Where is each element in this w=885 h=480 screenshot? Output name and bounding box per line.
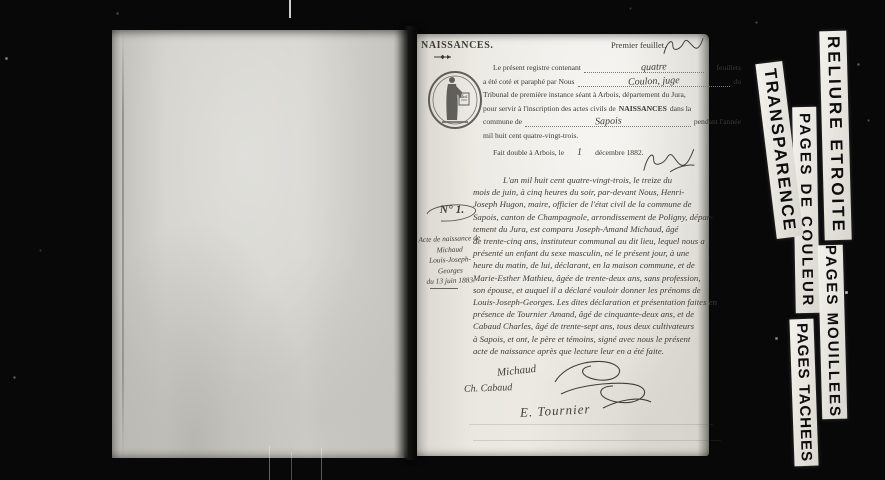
film-scratch <box>321 448 322 480</box>
act-line: présence de Tournier Amand, âgé de cinqu… <box>473 308 749 320</box>
act-line: à Sapois, et ont, le père et témoins, si… <box>473 333 749 345</box>
film-label-reliure-etroite: RELIURE ETROITE <box>819 31 851 241</box>
signature-michaud: Michaud <box>496 363 536 379</box>
film-label-pages-mouillees: PAGES MOUILLEES <box>818 245 848 420</box>
register-right-page: NAISSANCES. Premier feuillet. <box>417 34 709 456</box>
handwritten-fill: Sapois <box>525 115 691 127</box>
closing-date-line: Fait double à Arbois, le 1 décembre 1882… <box>483 146 741 160</box>
act-line: Sapois, canton de Champagnole, arrondiss… <box>473 211 749 223</box>
ruled-line <box>473 440 721 441</box>
folio-note: Premier feuillet. <box>611 40 666 50</box>
preamble-line: a été coté et paraphé par Nous Coulon, j… <box>483 75 741 89</box>
act-line: L'an mil huit cent quatre-vingt-trois, l… <box>473 174 749 186</box>
act-line: Joseph Hugon, maire, officier de l'état … <box>473 198 749 210</box>
judge-paraph-flourish <box>659 32 708 60</box>
act-line: heure du matin, de lui, déclarant, en la… <box>473 259 749 271</box>
ruled-line <box>469 424 713 425</box>
film-label-pages-tachees: PAGES TACHEES <box>789 319 818 467</box>
film-scratch <box>269 446 270 480</box>
act-line: son épouse, et auquel il a déclaré voulo… <box>473 284 749 296</box>
preamble-line: Tribunal de première instance séant à Ar… <box>483 88 741 102</box>
act-line: Louis-Joseph-Georges. Les dites déclarat… <box>473 296 749 308</box>
margin-rule <box>430 288 458 289</box>
page-title: NAISSANCES. <box>421 40 493 51</box>
arrow-ornament-icon <box>433 54 455 60</box>
act-line: Cabaud Charles, âgé de trente-sept ans, … <box>473 320 749 332</box>
film-scratch <box>291 452 292 480</box>
preamble-line: pour servir à l'inscription des actes ci… <box>483 102 741 116</box>
signature-cabaud: Ch. Cabaud <box>464 382 513 395</box>
act-line: de trente-cinq ans, instituteur communal… <box>473 235 749 247</box>
preamble-line: mil huit cent quatre-vingt-trois. <box>483 129 741 143</box>
film-dust-specks <box>0 0 1 1</box>
act-line: présenté un enfant du sexe masculin, né … <box>473 247 749 259</box>
act-body-text: L'an mil huit cent quatre-vingt-trois, l… <box>473 174 749 357</box>
handwritten-fill: quatre <box>584 61 704 73</box>
register-preamble: Le présent registre contenant quatre feu… <box>483 61 741 160</box>
preamble-line: Le présent registre contenant quatre feu… <box>483 61 741 75</box>
register-left-page-blank <box>112 30 408 458</box>
preamble-line: commune de Sapois pendant l'année <box>483 115 741 129</box>
act-line: Marie-Esther Mathieu, âgée de trente-deu… <box>473 272 749 284</box>
page-crease <box>122 30 124 458</box>
stamp-value: 25 c <box>459 94 468 99</box>
act-line: tement du Jura, est comparu Joseph-Amand… <box>473 223 749 235</box>
film-scratch <box>289 0 291 18</box>
microfilm-frame: NAISSANCES. Premier feuillet. <box>0 0 885 480</box>
handwritten-fill: Coulon, juge <box>578 75 731 87</box>
act-line: mois de juin, à cinq heures du soir, par… <box>473 186 749 198</box>
revenue-stamp-icon: 25 c <box>426 68 484 132</box>
